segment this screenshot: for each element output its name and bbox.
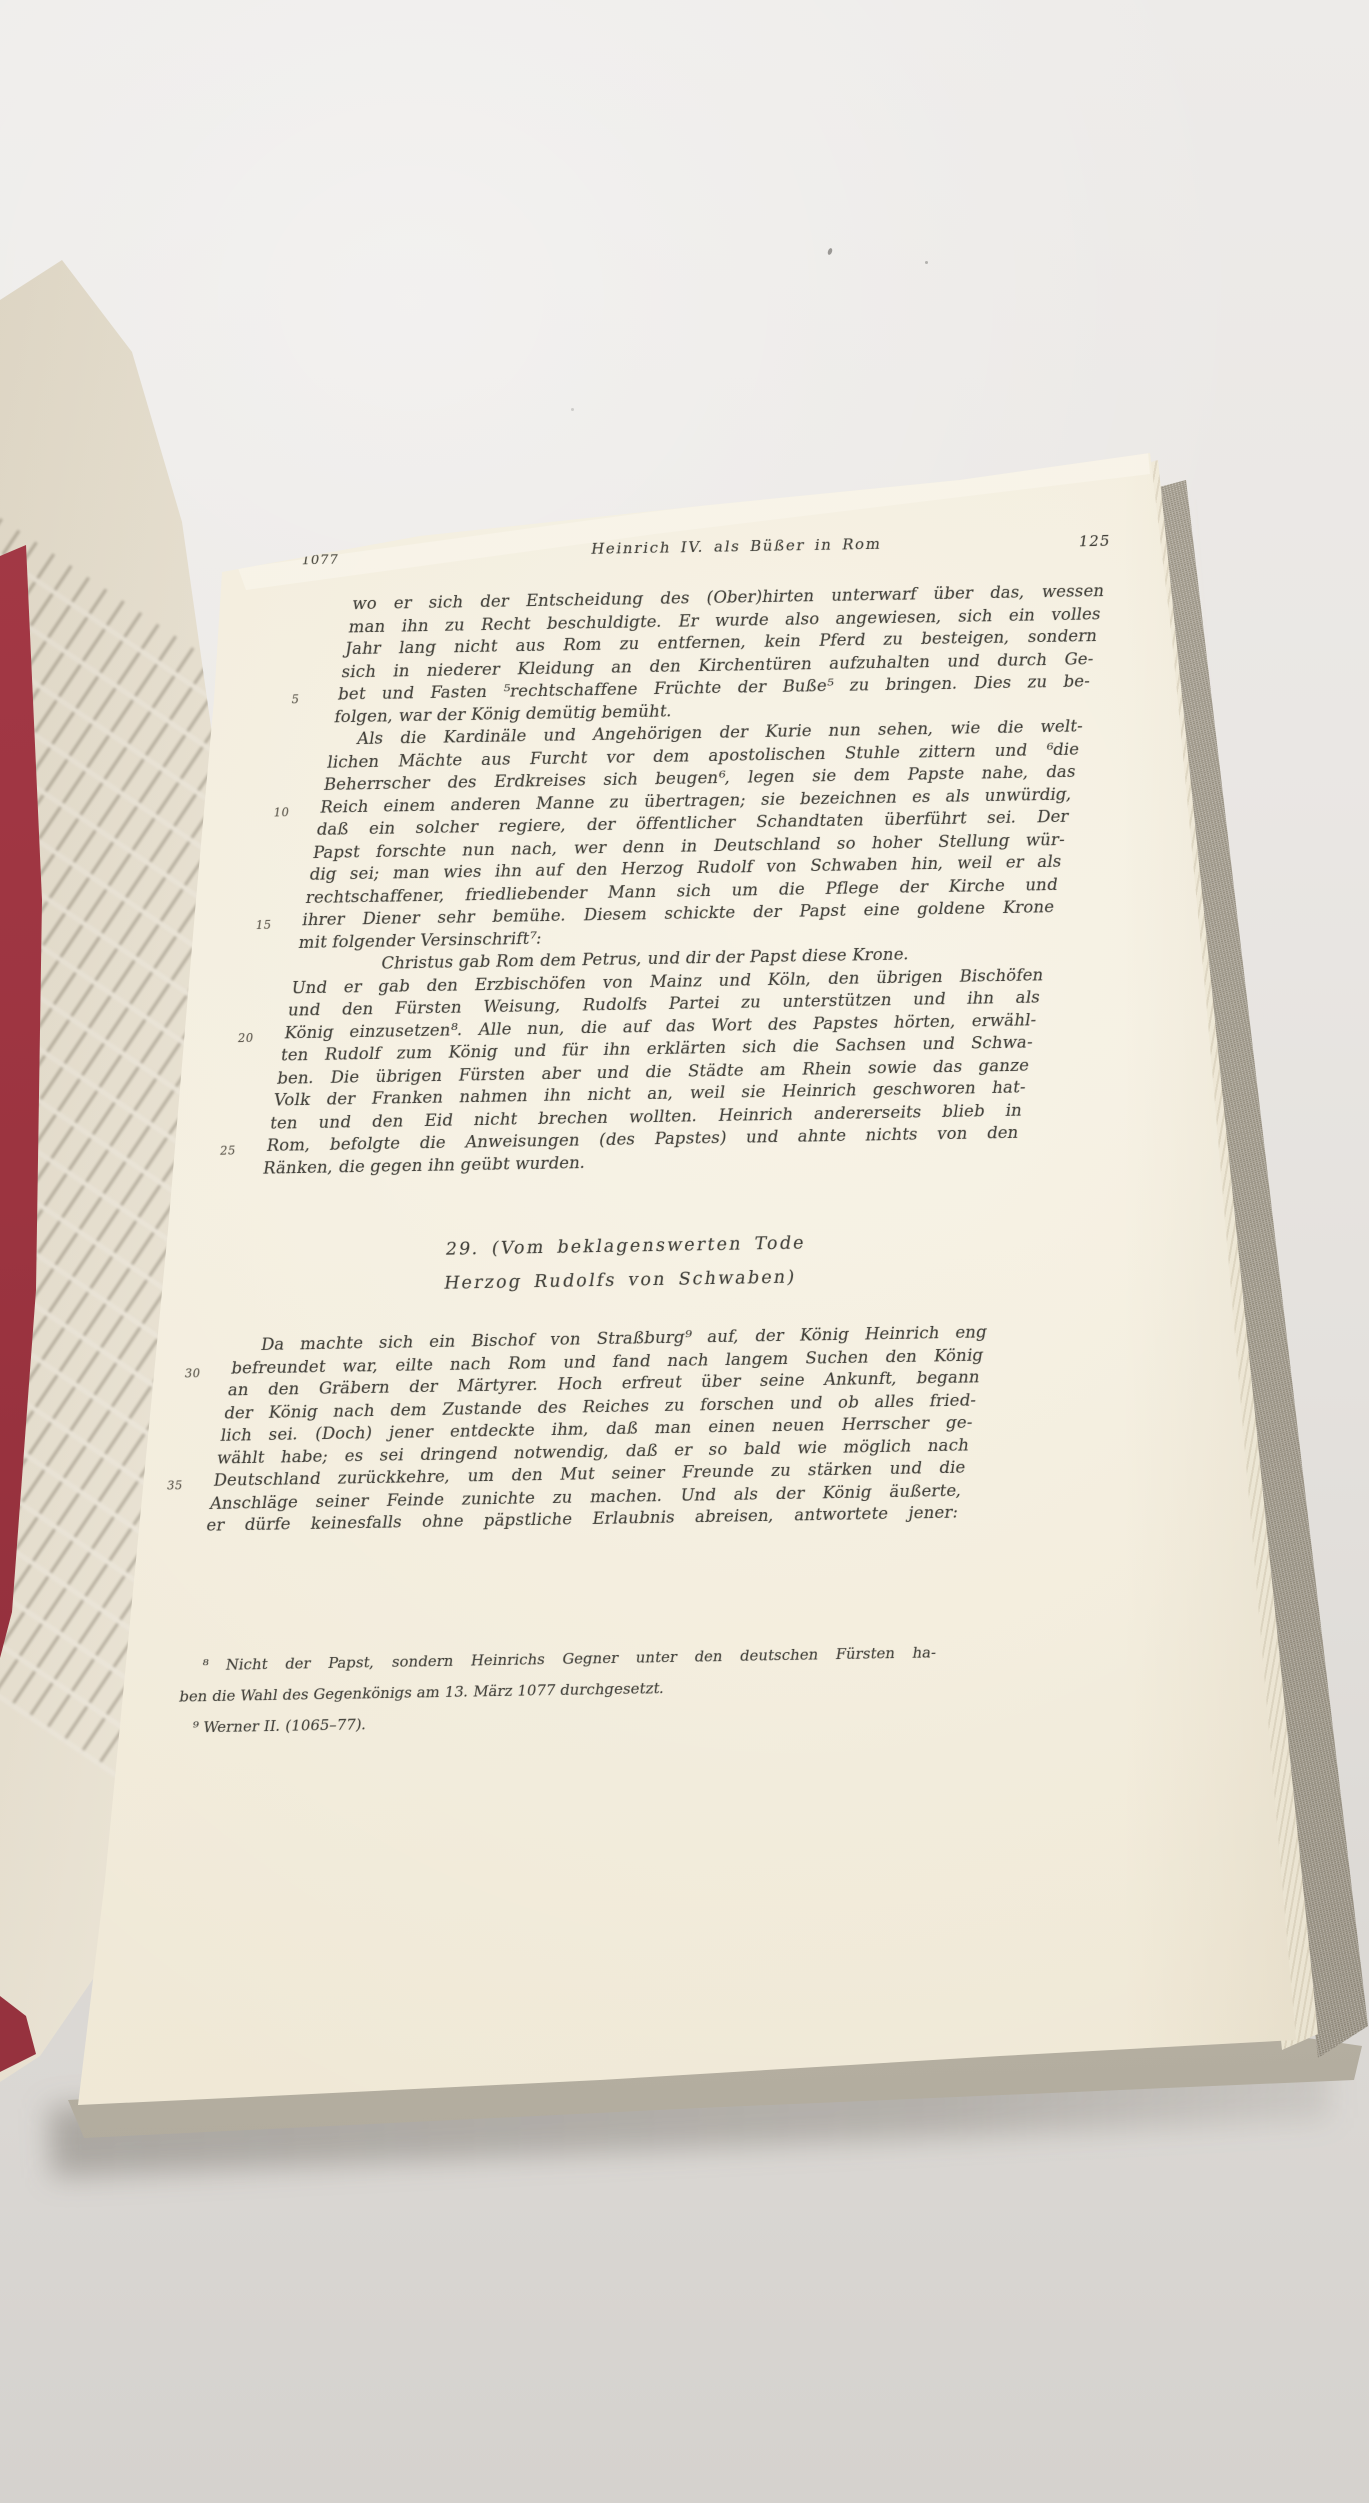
margin-line-number: 5 [290, 688, 301, 711]
chapter-heading: 29. (Vom beklagenswerten Tode Herzog Rud… [242, 1223, 1005, 1304]
margin-line-number: 15 [254, 914, 273, 937]
body-text: Da machte sich ein Bischof von Straßburg… [205, 1321, 989, 1537]
margin-line-number: 35 [165, 1474, 184, 1497]
margin-line-number: 25 [218, 1139, 237, 1162]
running-title: Heinrich IV. als Büßer in Rom [359, 531, 1114, 562]
line-text: ben die Wahl des Gegenkönigs am 13. März… [178, 1679, 666, 1705]
line-text: folgen, war der König demütig bemüht. [333, 701, 674, 726]
page-text-block: 1077 Heinrich IV. als Büßer in Rom 125 w… [172, 531, 1114, 1743]
margin-line-number: 20 [236, 1026, 255, 1049]
photo-open-book: 1077 Heinrich IV. als Büßer in Rom 125 w… [0, 0, 1369, 2503]
body-text: wo er sich der Entscheidung des (Ober)hi… [261, 580, 1106, 1180]
margin-line-number: 10 [272, 801, 291, 824]
line-text: mit folgender Versinschrift⁷: [297, 928, 543, 951]
dust-speck [925, 261, 928, 264]
footnotes: ⁸ Nicht der Papst, sondern Heinrichs Geg… [172, 1637, 939, 1743]
line-text: ⁹ Werner II. (1065–77). [191, 1716, 368, 1736]
page-number: 125 [1077, 532, 1111, 551]
margin-line-number: 30 [183, 1361, 202, 1384]
line-text: Ränken, die gegen ihn geübt wurden. [262, 1153, 588, 1178]
dust-speck [571, 408, 574, 411]
